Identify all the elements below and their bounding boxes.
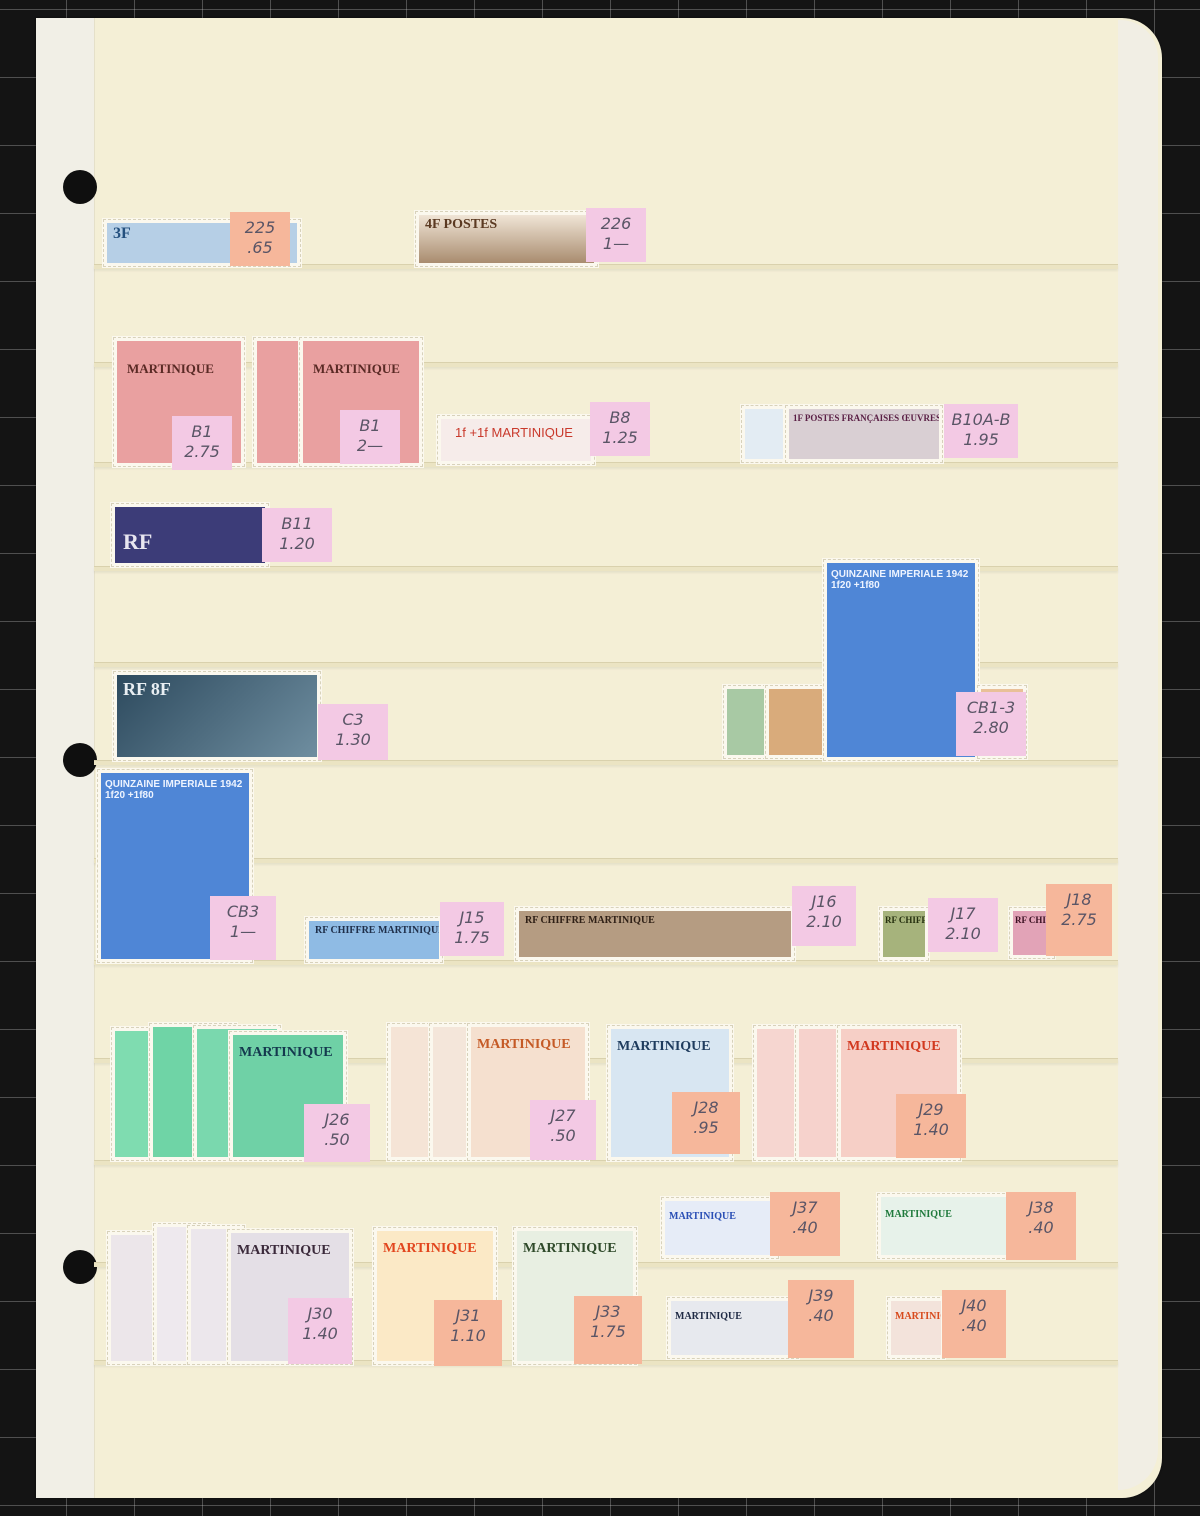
price-tag: J311.10 [434,1300,502,1366]
stamp: MARTINIQUE [886,1296,946,1360]
tag-text: .50 [308,1130,366,1150]
stamp: MARTINIQUE [666,1296,800,1360]
stamp: RF CHIFFRE MARTINIQUE [878,906,930,962]
tag-text: J40 [946,1296,1002,1316]
tag-text: J17 [932,904,994,924]
price-tag: CB1-32.80 [956,692,1026,756]
tag-text: 1.25 [594,428,646,448]
punch-hole [63,170,97,204]
tag-text: 2.10 [796,912,852,932]
stamp: RF CHIFFRE MARTINIQUE [514,906,796,962]
price-tag: B12— [340,410,400,464]
page-edge [1118,20,1158,1490]
stock-strip [94,462,1118,467]
tag-text: J31 [438,1306,498,1326]
tag-text: J27 [534,1106,592,1126]
tag-text: 1.75 [444,928,500,948]
stamp: MARTINIQUE [660,1196,780,1260]
tag-text: J26 [308,1110,366,1130]
tag-text: 1— [590,234,642,254]
price-tag: J331.75 [574,1296,642,1364]
price-tag: CB31— [210,896,276,960]
tag-text: 1.10 [438,1326,498,1346]
stock-strip [94,362,1118,367]
tag-text: B1 [344,416,396,436]
tag-text: .40 [946,1316,1002,1336]
tag-text: 225 [234,218,286,238]
tag-text: 1.75 [578,1322,638,1342]
stamp: 1F POSTES FRANÇAISES ŒUVRES [784,404,944,464]
tag-text: CB1-3 [960,698,1022,718]
tag-text: 2— [344,436,396,456]
tag-text: CB3 [214,902,272,922]
tag-text: B10A-B [948,410,1014,430]
tag-text: 1.30 [322,730,384,750]
price-tag: J291.40 [896,1094,966,1158]
tag-text: J29 [900,1100,962,1120]
tag-text: 1.20 [266,534,328,554]
price-tag: J27.50 [530,1100,596,1160]
stamp: 4F POSTES [414,210,599,268]
tag-text: .50 [534,1126,592,1146]
tag-text: J28 [676,1098,736,1118]
tag-text: C3 [322,710,384,730]
tag-text: B8 [594,408,646,428]
tag-text: 2.10 [932,924,994,944]
tag-text: B1 [176,422,228,442]
tag-text: .40 [792,1306,850,1326]
tag-text: J33 [578,1302,638,1322]
price-tag: B81.25 [590,402,650,456]
tag-text: .40 [774,1218,836,1238]
tag-text: 1.95 [948,430,1014,450]
tag-text: B11 [266,514,328,534]
price-tag: J172.10 [928,898,998,952]
tag-text: 2.80 [960,718,1022,738]
stamp: 1f +1f MARTINIQUE [436,414,596,466]
stamp: RF CHIFFRE MARTINIQUE [304,916,444,964]
tag-text: 2.75 [1050,910,1108,930]
tag-text: J18 [1050,890,1108,910]
stamp: RF 8F [112,670,322,762]
price-tag: 225.65 [230,212,290,266]
price-tag: J182.75 [1046,884,1112,956]
price-tag: J40.40 [942,1290,1006,1358]
tag-text: 1.40 [900,1120,962,1140]
tag-text: 1.40 [292,1324,348,1344]
tag-text: .65 [234,238,286,258]
price-tag: J162.10 [792,886,856,946]
price-tag: J301.40 [288,1298,352,1364]
price-tag: J39.40 [788,1280,854,1358]
price-tag: B12.75 [172,416,232,470]
tag-text: 1— [214,922,272,942]
price-tag: B111.20 [262,508,332,562]
tag-text: J39 [792,1286,850,1306]
price-tag: C31.30 [318,704,388,760]
tag-text: J37 [774,1198,836,1218]
stamp: MARTINIQUE [876,1192,1016,1260]
price-tag: J38.40 [1006,1192,1076,1260]
tag-text: .40 [1010,1218,1072,1238]
price-tag: J37.40 [770,1192,840,1256]
tag-text: J16 [796,892,852,912]
tag-text: J38 [1010,1198,1072,1218]
tag-text: 2.75 [176,442,228,462]
price-tag: 2261— [586,208,646,262]
punch-hole [63,1250,97,1284]
punch-hole [63,743,97,777]
tag-text: 226 [590,214,642,234]
price-tag: J151.75 [440,902,504,956]
tag-text: .95 [676,1118,736,1138]
stamp: RF [110,502,270,568]
stamp [740,404,788,464]
tag-text: J30 [292,1304,348,1324]
price-tag: B10A-B1.95 [944,404,1018,458]
price-tag: J26.50 [304,1104,370,1162]
tag-text: J15 [444,908,500,928]
price-tag: J28.95 [672,1092,740,1154]
